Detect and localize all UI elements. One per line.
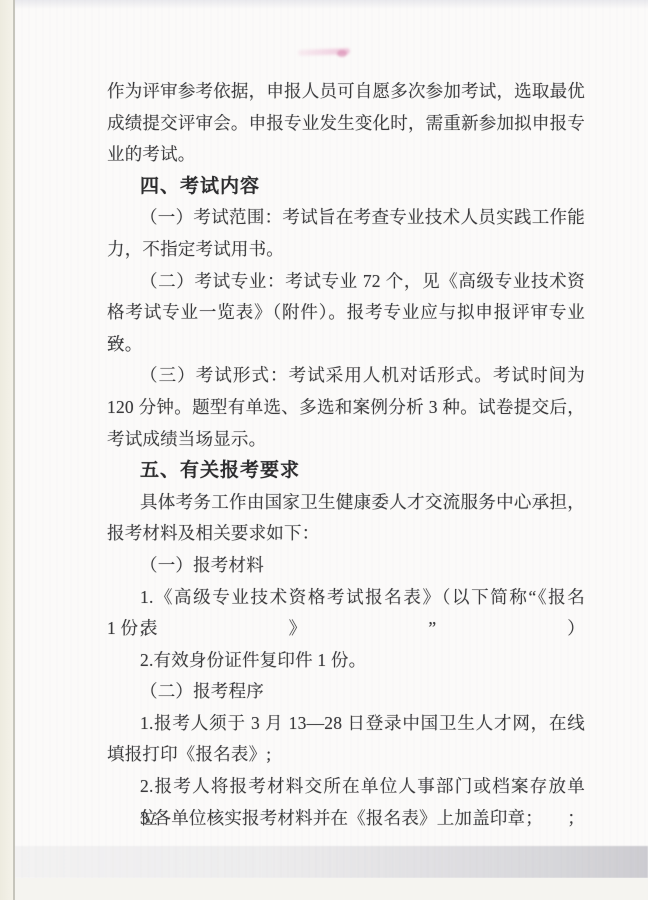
text-line: 3.各单位核实报考材料并在《报名表》上加盖印章； (107, 803, 585, 835)
bottom-scan-shadow (15, 846, 648, 878)
text-line: 1.报考人须于 3 月 13—28 日登录中国卫生人才网，在线 (107, 708, 585, 740)
page-edge-line (13, 0, 15, 900)
bottom-page-margin (15, 878, 648, 900)
text-line: 格考试专业一览表》（附件）。报考专业应与拟申报评审专业一 (107, 297, 585, 329)
section-heading: 五、有关报考要求 (107, 455, 585, 487)
text-line: （三）考试形式：考试采用人机对话形式。考试时间为 (107, 360, 585, 392)
text-line: 成绩提交评审会。申报专业发生变化时，需重新参加拟申报专 (107, 108, 585, 140)
text-line: 考试成绩当场显示。 (107, 424, 585, 456)
text-line: 作为评审参考依据，申报人员可自愿多次参加考试，选取最优 (107, 76, 585, 108)
document-text-block: 作为评审参考依据，申报人员可自愿多次参加考试，选取最优 成绩提交评审会。申报专业… (107, 76, 585, 834)
text-line: 1.《高级专业技术资格考试报名表》（以下简称“《报名表》”） (107, 582, 585, 614)
top-scan-shadow (15, 0, 648, 9)
text-line: 报考材料及相关要求如下： (107, 518, 585, 550)
page-edge-strip (0, 0, 13, 900)
text-line: （一）考试范围：考试旨在考查专业技术人员实践工作能 (107, 202, 585, 234)
text-line: 2.报考人将报考材料交所在单位人事部门或档案存放单位； (107, 771, 585, 803)
pink-ink-dot-artifact (337, 50, 347, 57)
text-line: （二）报考程序 (107, 676, 585, 708)
text-line: 业的考试。 (107, 139, 585, 171)
text-line: （一）报考材料 (107, 550, 585, 582)
text-line: （二）考试专业：考试专业 72 个，见《高级专业技术资 (107, 266, 585, 298)
text-line: 填报打印《报名表》; (107, 739, 585, 771)
text-line: 力，不指定考试用书。 (107, 234, 585, 266)
scanned-document-page: 作为评审参考依据，申报人员可自愿多次参加考试，选取最优 成绩提交评审会。申报专业… (0, 0, 648, 900)
text-line: 致。 (107, 329, 585, 361)
text-line: 2.有效身份证件复印件 1 份。 (107, 645, 585, 677)
text-line: 具体考务工作由国家卫生健康委人才交流服务中心承担， (107, 487, 585, 519)
section-heading: 四、考试内容 (107, 171, 585, 203)
text-line: 120 分钟。题型有单选、多选和案例分析 3 种。试卷提交后， (107, 392, 585, 424)
